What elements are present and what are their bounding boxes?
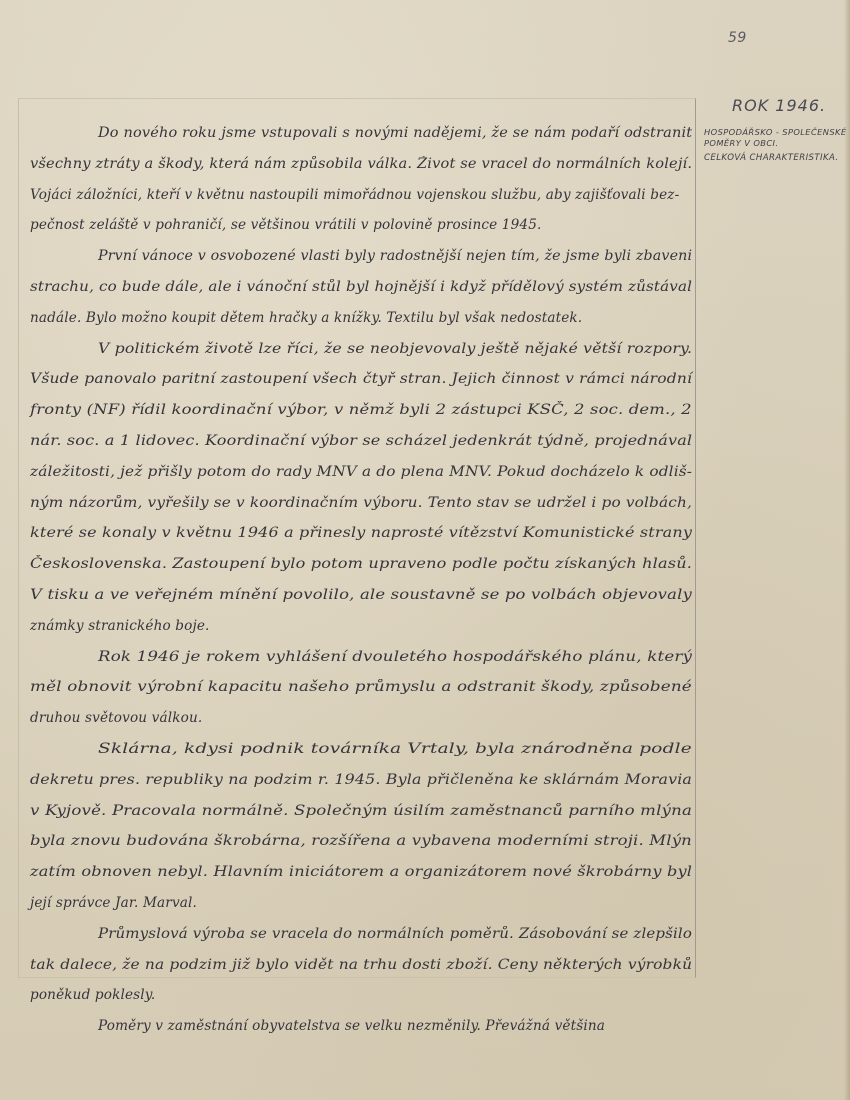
line-text: První vánoce v osvobozené vlasti byly ra… [98, 241, 692, 272]
line-text: zatím obnoven nebyl. Hlavním iniciátorem… [30, 857, 692, 888]
text-line: Sklárna, kdysi podnik továrníka Vrtaly, … [30, 734, 692, 765]
margin-heading: ROK 1946. Hospodářsko - společenské pomě… [704, 96, 850, 164]
text-line: druhou světovou válkou. [30, 703, 692, 734]
line-text: poněkud poklesly. [30, 980, 155, 1011]
text-line: známky stranického boje. [30, 611, 692, 642]
text-line: záležitosti, jež přišly potom do rady MN… [30, 457, 692, 488]
text-line: V politickém životě lze říci, že se neob… [30, 334, 692, 365]
text-line: poněkud poklesly. [30, 980, 692, 1011]
page-number: 59 [728, 30, 747, 46]
section-title-line-1: Hospodářsko - společenské [704, 127, 850, 138]
text-line: v Kyjově. Pracovala normálně. Společným … [30, 796, 692, 827]
text-line: které se konaly v květnu 1946 a přinesly… [30, 518, 692, 549]
text-line: zatím obnoven nebyl. Hlavním iniciátorem… [30, 857, 692, 888]
line-text: Všude panovalo paritní zastoupení všech … [30, 364, 692, 395]
text-line: měl obnovit výrobní kapacitu našeho prům… [30, 672, 692, 703]
line-text: Sklárna, kdysi podnik továrníka Vrtaly, … [98, 734, 692, 765]
line-text: její správce Jar. Marval. [30, 888, 197, 919]
line-text: Do nového roku jsme vstupovali s novými … [98, 118, 692, 149]
text-line: její správce Jar. Marval. [30, 888, 692, 919]
text-line: Československa. Zastoupení bylo potom up… [30, 549, 692, 580]
line-text: byla znovu budována škrobárna, rozšířena… [30, 826, 692, 857]
line-text: ným názorům, vyřešily se v koordinačním … [30, 488, 692, 519]
line-text: známky stranického boje. [30, 611, 210, 642]
line-text: Průmyslová výroba se vracela do normální… [98, 919, 692, 950]
text-line: Rok 1946 je rokem vyhlášení dvouletého h… [30, 642, 692, 673]
line-text: tak dalece, že na podzim již bylo vidět … [30, 950, 692, 981]
line-text: Československa. Zastoupení bylo potom up… [30, 549, 692, 580]
line-text: druhou světovou válkou. [30, 703, 202, 734]
line-text: nadále. Bylo možno koupit dětem hračky a… [30, 303, 582, 334]
line-text: nár. soc. a 1 lidovec. Koordinační výbor… [30, 426, 692, 457]
text-line: ným názorům, vyřešily se v koordinačním … [30, 488, 692, 519]
subsection-title: Celková charakteristika. [704, 153, 850, 164]
text-line: pečnost zeláště v pohraničí, se většinou… [30, 210, 692, 241]
line-text: Vojáci záložníci, kteří v květnu nastoup… [30, 180, 679, 211]
text-line: strachu, co bude dále, ale i vánoční stů… [30, 272, 692, 303]
line-text: dekretu pres. republiky na podzim r. 194… [30, 765, 692, 796]
line-text: V tisku a ve veřejném mínění povolilo, a… [30, 580, 692, 611]
text-line: Poměry v zaměstnání obyvatelstva se velk… [30, 1011, 692, 1042]
text-line: všechny ztráty a škody, která nám způsob… [30, 149, 692, 180]
line-text: fronty (NF) řídil koordinační výbor, v n… [30, 395, 692, 426]
text-line: nár. soc. a 1 lidovec. Koordinační výbor… [30, 426, 692, 457]
text-line: První vánoce v osvobozené vlasti byly ra… [30, 241, 692, 272]
line-text: Poměry v zaměstnání obyvatelstva se velk… [98, 1011, 605, 1042]
line-text: v Kyjově. Pracovala normálně. Společným … [30, 796, 692, 827]
line-text: Rok 1946 je rokem vyhlášení dvouletého h… [98, 642, 692, 673]
text-line: dekretu pres. republiky na podzim r. 194… [30, 765, 692, 796]
line-text: strachu, co bude dále, ale i vánoční stů… [30, 272, 692, 303]
text-line: Do nového roku jsme vstupovali s novými … [30, 118, 692, 149]
text-line: nadále. Bylo možno koupit dětem hračky a… [30, 303, 692, 334]
line-text: pečnost zeláště v pohraničí, se většinou… [30, 210, 541, 241]
line-text: které se konaly v květnu 1946 a přinesly… [30, 518, 692, 549]
text-line: Všude panovalo paritní zastoupení všech … [30, 364, 692, 395]
text-line: byla znovu budována škrobárna, rozšířena… [30, 826, 692, 857]
line-text: měl obnovit výrobní kapacitu našeho prům… [30, 672, 692, 703]
chronicle-body: Do nového roku jsme vstupovali s novými … [30, 118, 692, 1042]
text-line: Vojáci záložníci, kteří v květnu nastoup… [30, 180, 692, 211]
text-line: V tisku a ve veřejném mínění povolilo, a… [30, 580, 692, 611]
text-line: fronty (NF) řídil koordinační výbor, v n… [30, 395, 692, 426]
text-line: tak dalece, že na podzim již bylo vidět … [30, 950, 692, 981]
year-title: ROK 1946. [732, 96, 850, 115]
line-text: V politickém životě lze říci, že se neob… [98, 334, 692, 365]
line-text: všechny ztráty a škody, která nám způsob… [30, 149, 692, 180]
line-text: záležitosti, jež přišly potom do rady MN… [30, 457, 692, 488]
page-edge [844, 0, 850, 1100]
text-line: Průmyslová výroba se vracela do normální… [30, 919, 692, 950]
section-title-line-2: poměry v obci. [704, 138, 850, 149]
